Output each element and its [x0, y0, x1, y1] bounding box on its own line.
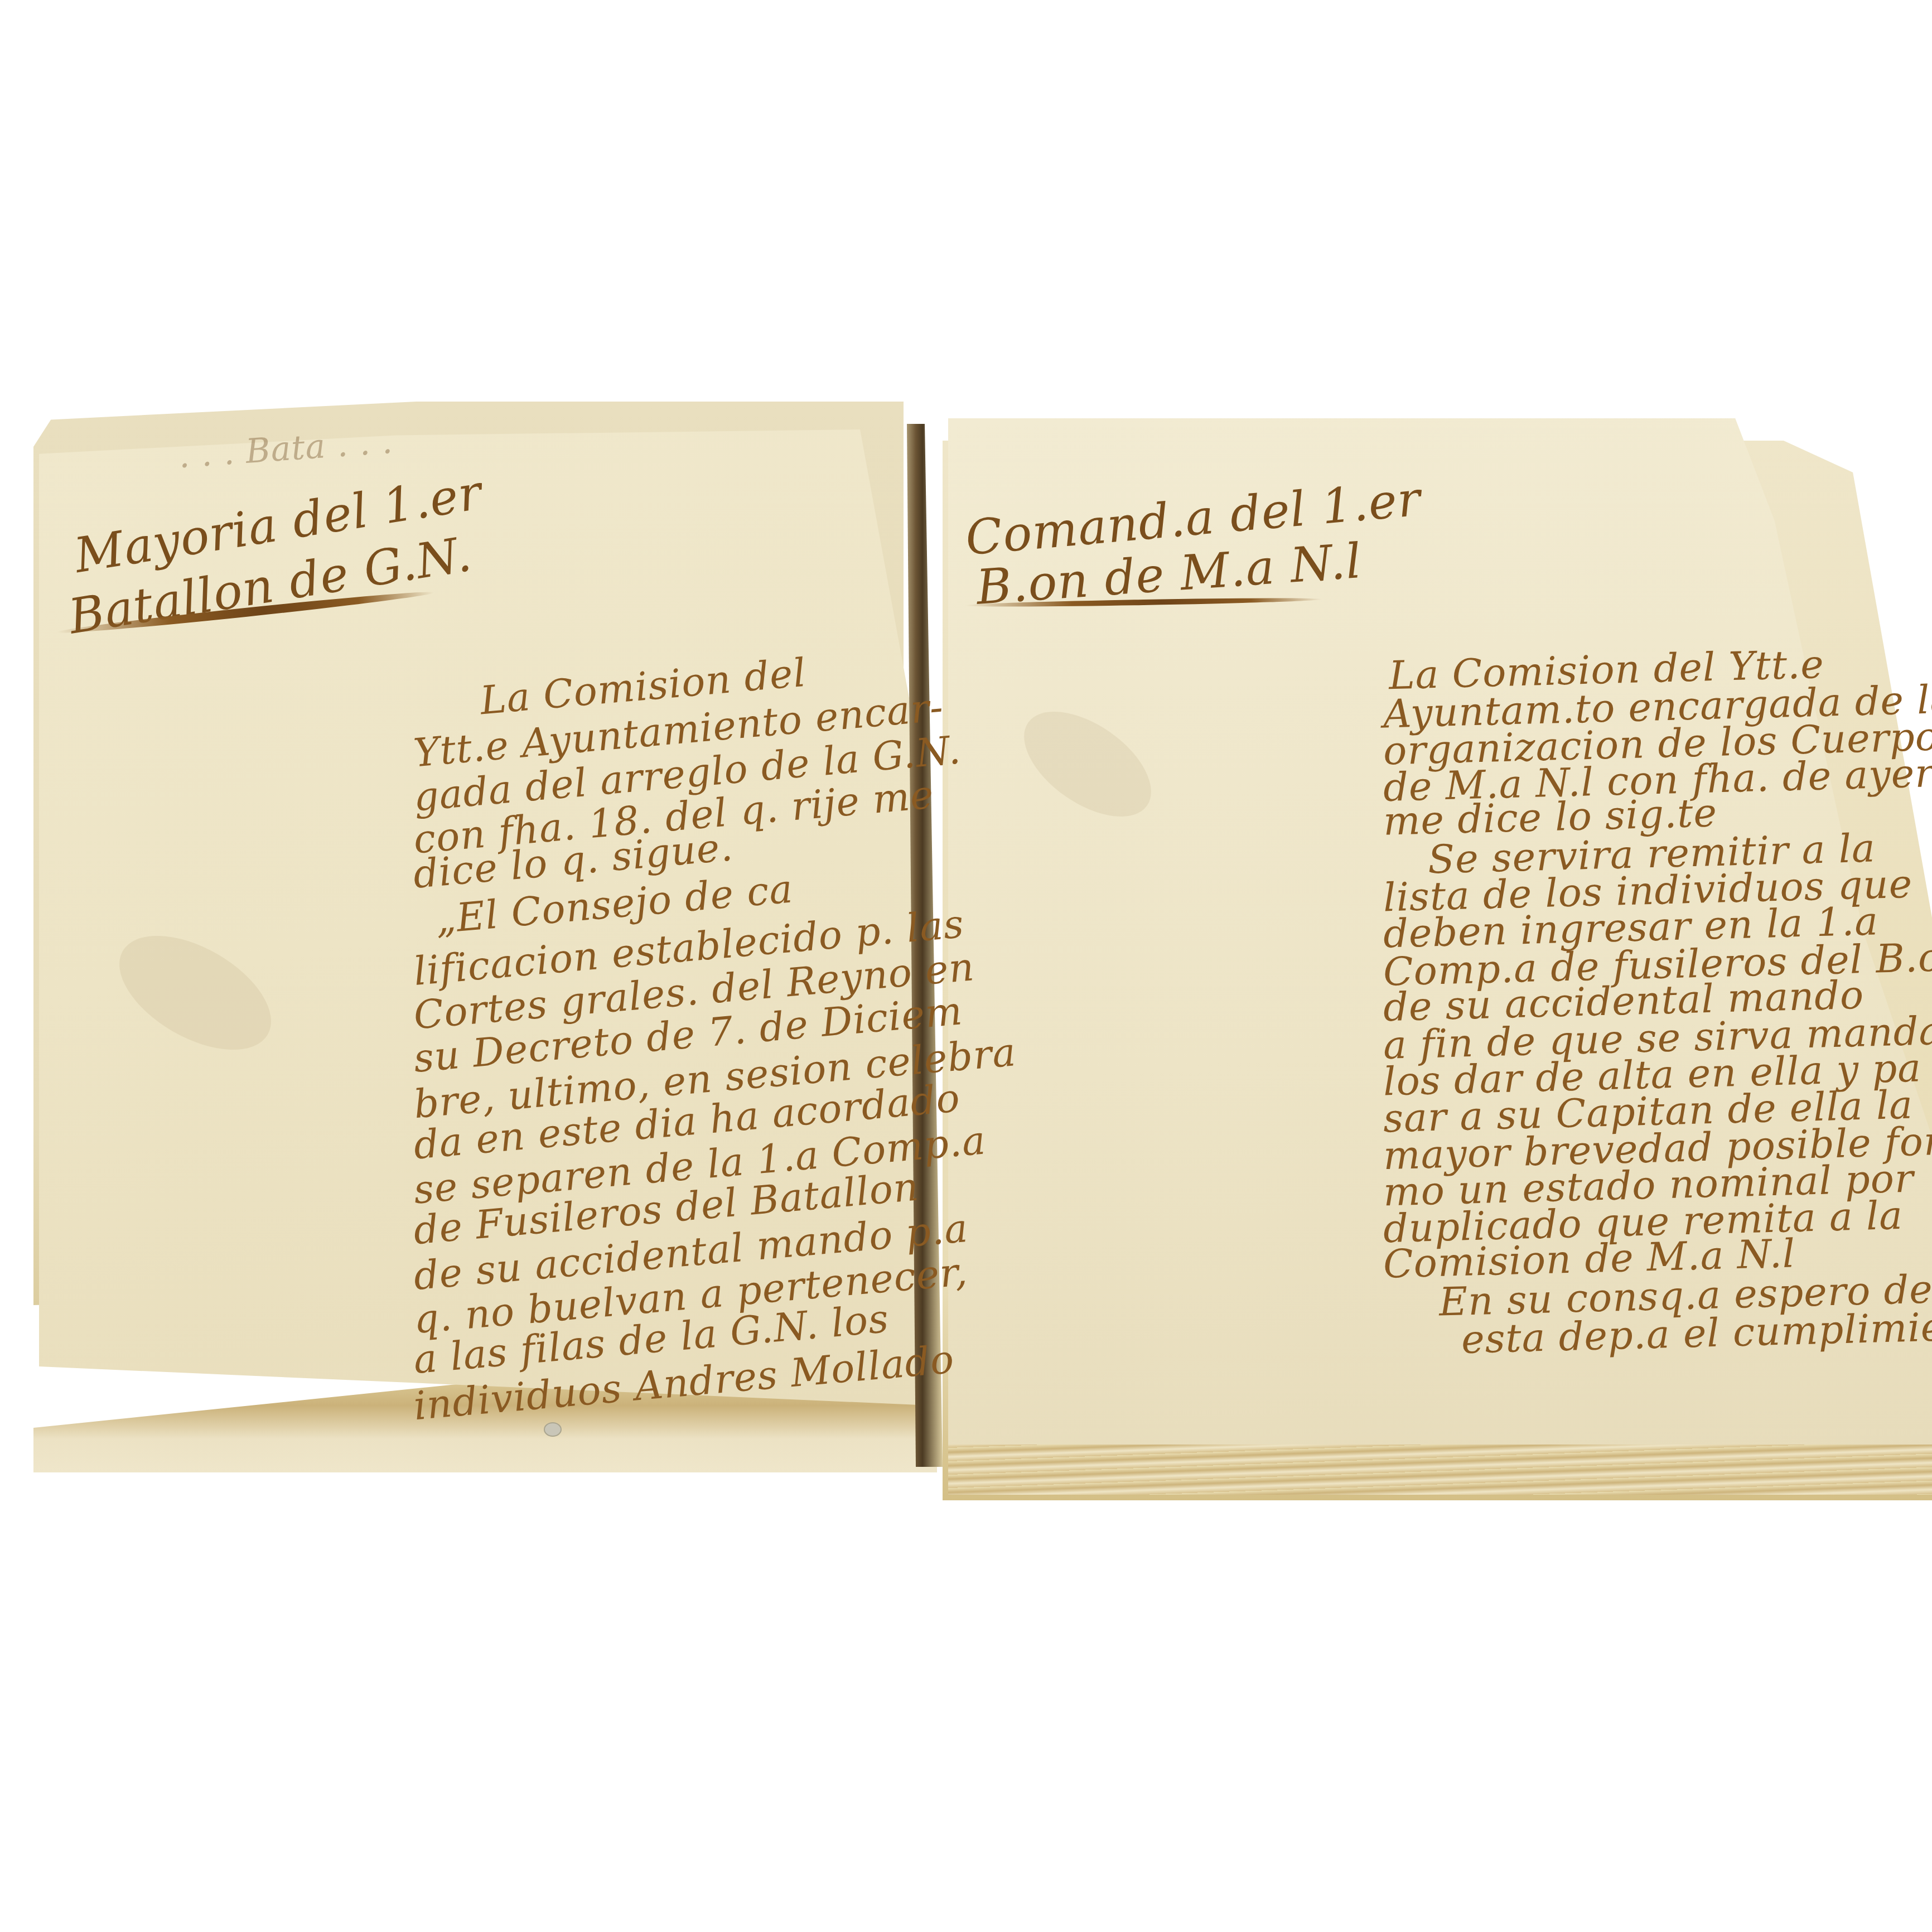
binding-pin [544, 1422, 562, 1437]
manuscript-photo: . . . Bata . . . Mayoria del 1.er Batall… [0, 0, 1932, 1932]
